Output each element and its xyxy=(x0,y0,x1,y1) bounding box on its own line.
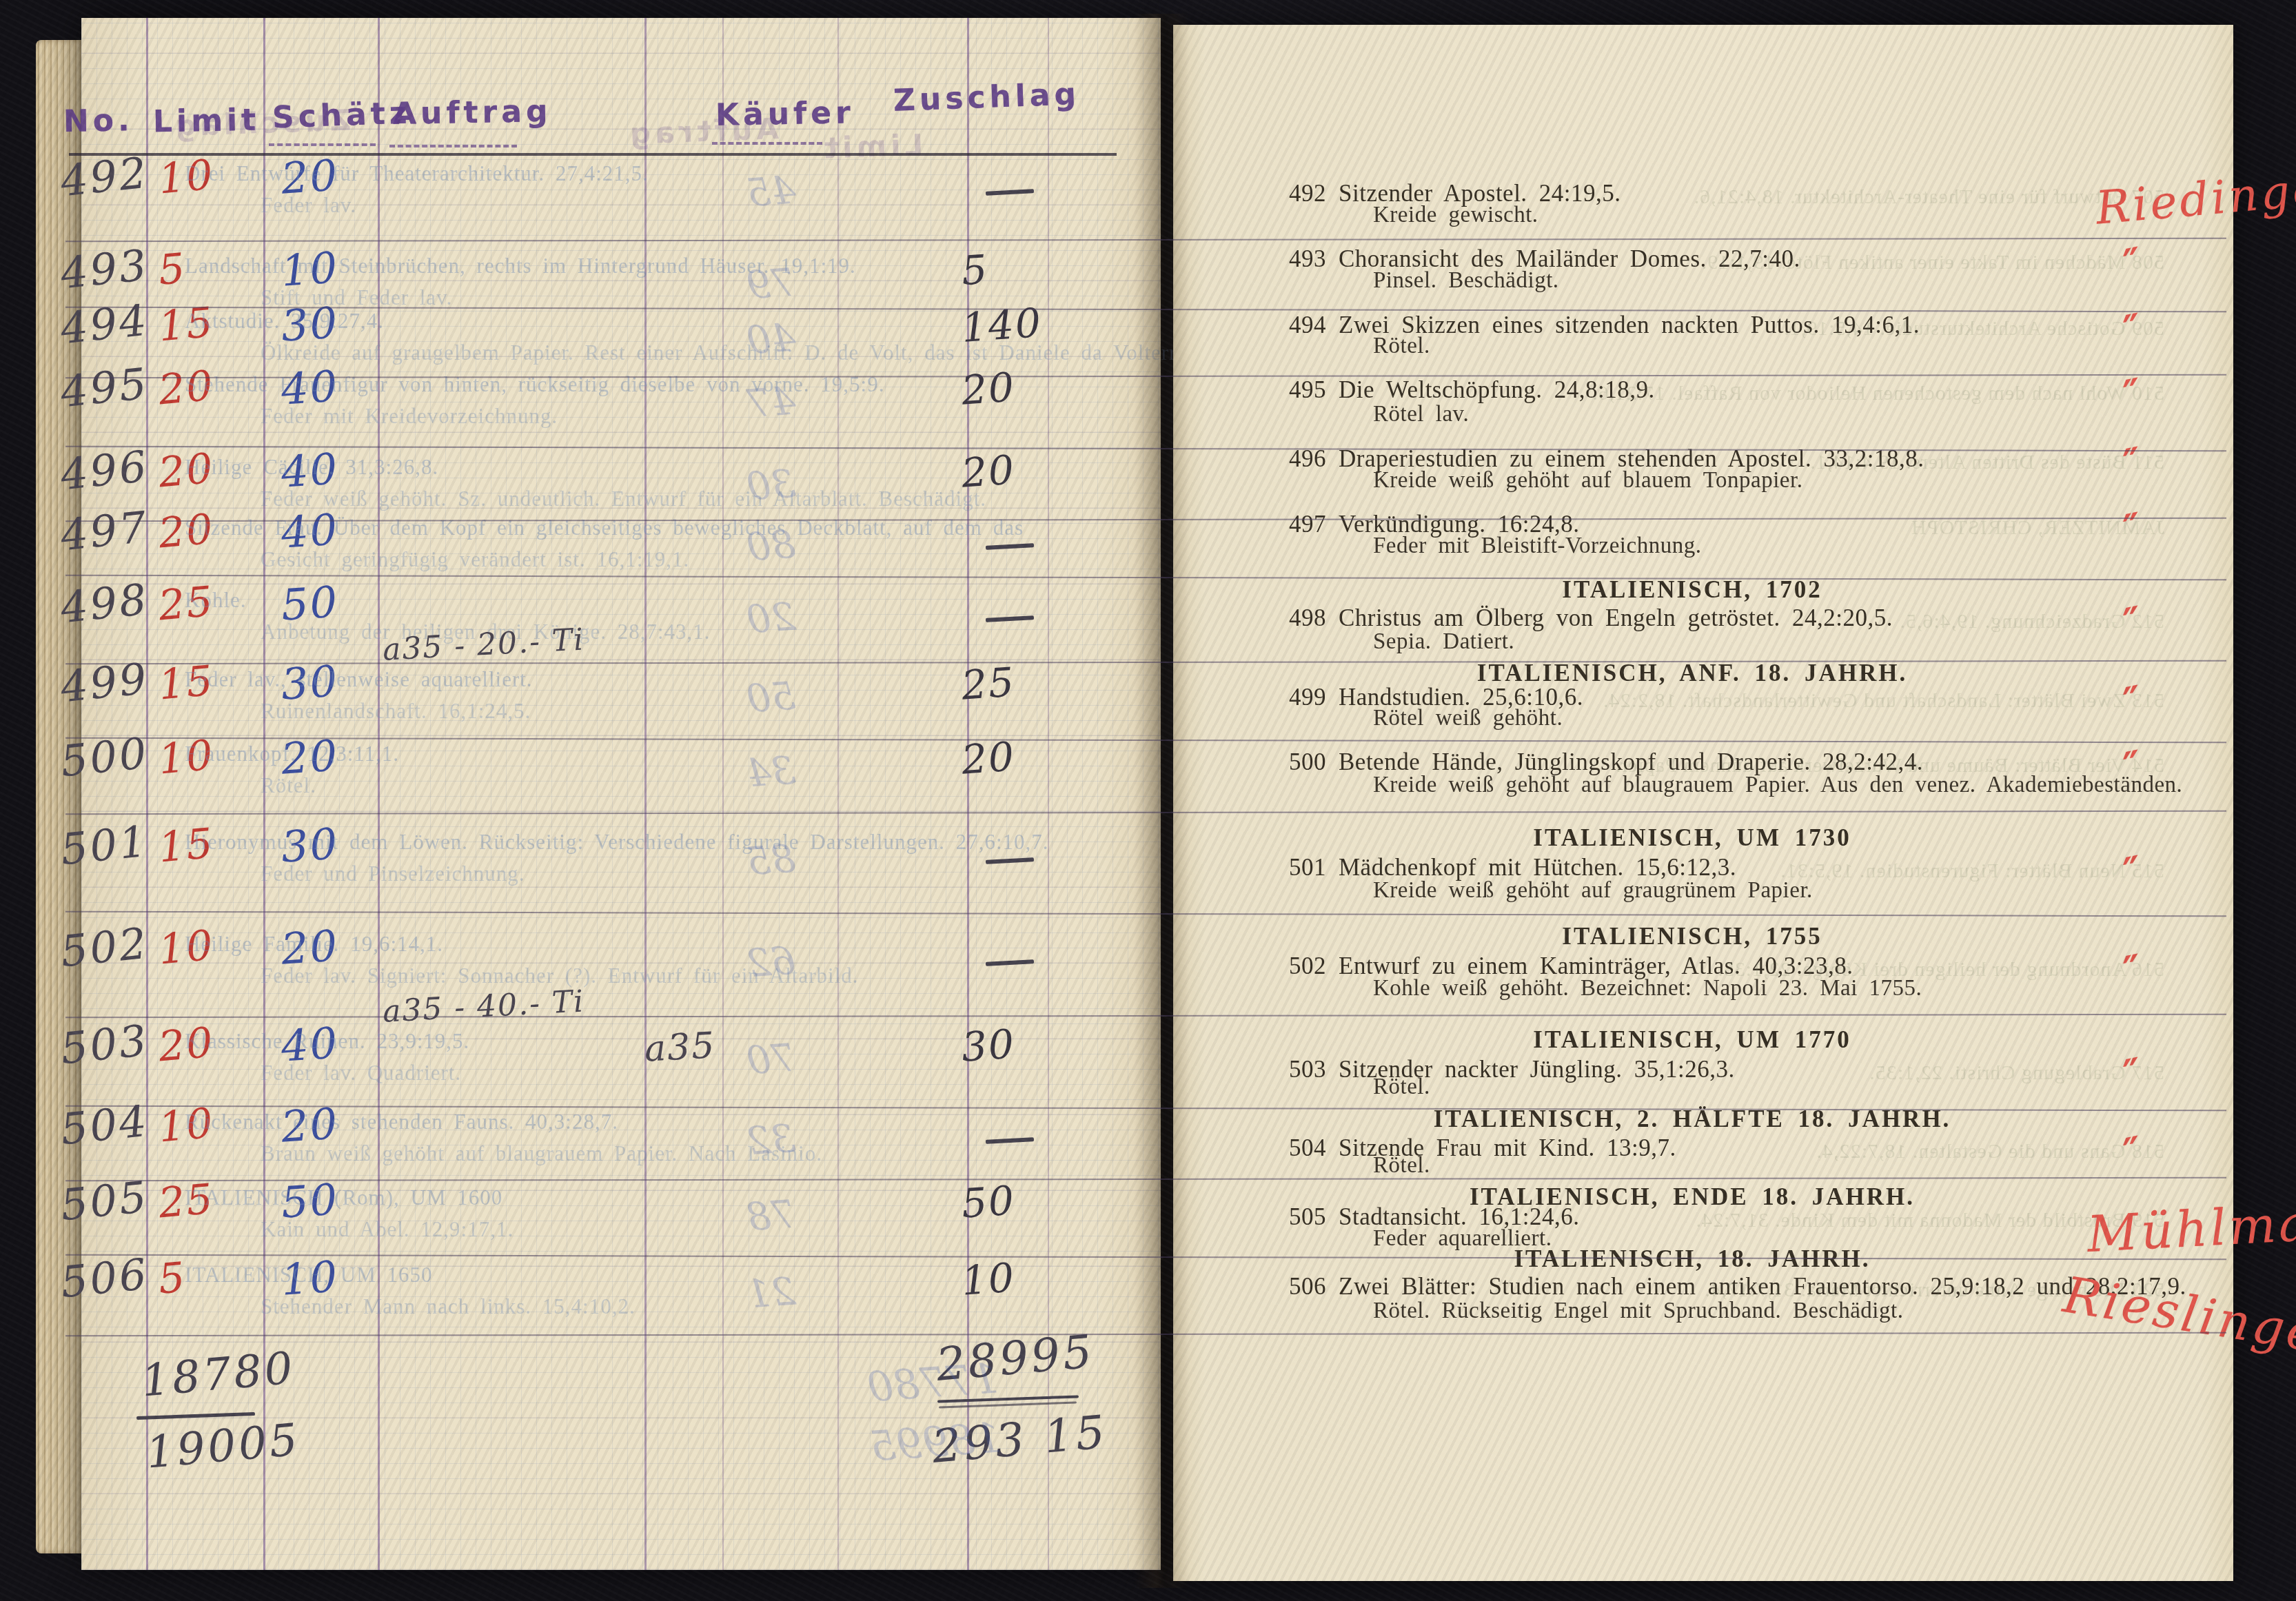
column-header-kufer: Käufer xyxy=(715,95,855,133)
ghost-number: 47 xyxy=(745,379,797,427)
ghost-number: 32 xyxy=(745,1116,797,1165)
ghost-number: 21 xyxy=(745,1269,797,1318)
ledger-lot-number: 495 xyxy=(59,358,151,418)
ghost-mirrored-line: 519 Brustbild der Madonna mit dem Kinde.… xyxy=(1572,1209,2164,1232)
catalog-section-heading: ITALIENISCH, 2. HÄLFTE 18. JAHRH. xyxy=(1289,1105,2095,1133)
ledger-schaetz-value: 10 xyxy=(280,1251,341,1305)
ledger-limit-value: 5 xyxy=(156,1253,188,1303)
ledger-lot-number: 498 xyxy=(59,574,151,633)
column-header-underline xyxy=(389,145,517,147)
ghost-number: 85 xyxy=(745,837,797,885)
ledger-schaetz-value: 20 xyxy=(280,150,341,204)
column-header-zuschlag: Zuschlag xyxy=(893,77,1081,118)
ledger-schaetz-value: 30 xyxy=(280,655,341,710)
ledger-limit-value: 10 xyxy=(156,731,216,784)
ledger-schaetz-value: 10 xyxy=(280,242,341,296)
zuschlag-total: 28995 xyxy=(934,1325,1097,1391)
ghost-print-line: Rückenakt eines stehenden Fauns. 40,3:28… xyxy=(185,1110,618,1134)
ledger-zuschlag-value: 20 xyxy=(960,363,1017,414)
ledger-limit-value: 25 xyxy=(156,1175,216,1228)
ledger-column-rule xyxy=(837,18,839,1570)
ghost-number: 34 xyxy=(745,748,797,797)
buyer-ditto-mark: ″ xyxy=(2120,598,2146,644)
catalog-entry-title: 501 Mädchenkopf mit Hütchen. 15,6:12,3. xyxy=(1289,854,1736,881)
ledger-schaetz-value: 20 xyxy=(280,1098,341,1152)
ledger-column-rule xyxy=(263,18,265,1570)
ledger-column-rule xyxy=(378,18,380,1570)
ledger-zuschlag-value: 25 xyxy=(960,658,1017,708)
ledger-schaetz-value: 20 xyxy=(280,920,341,975)
zuschlag-total-rule2 xyxy=(939,1402,1077,1409)
ghost-print-line: ITALIENISCH (Rom), UM 1600 xyxy=(185,1185,502,1210)
catalog-entry-technique: Rötel lav. xyxy=(1373,402,1469,427)
ledger-column-rule xyxy=(644,18,647,1570)
ledger-lot-number: 496 xyxy=(59,441,151,500)
ghost-print-line: Braun weiß gehöht auf blaugrauem Papier.… xyxy=(261,1141,822,1166)
column-header-no: No. xyxy=(63,103,134,139)
ledger-auftrag-note: a35 - 40.- Ti xyxy=(382,983,586,1029)
ledger-zuschlag-value: 140 xyxy=(960,299,1044,351)
ledger-schaetz-value: 40 xyxy=(280,360,341,415)
catalog-entry-technique: Rötel. xyxy=(1373,334,1430,359)
buyer-ditto-mark: ″ xyxy=(2120,238,2146,285)
catalog-section-heading: ITALIENISCH, 18. JAHRH. xyxy=(1289,1245,2095,1273)
ledger-zuschlag-value: 20 xyxy=(960,733,1017,783)
ledger-schaetz-value: 40 xyxy=(280,443,341,498)
catalog-section-heading: ITALIENISCH, 1755 xyxy=(1289,923,2095,950)
buyer-ditto-mark: ″ xyxy=(2120,847,2146,894)
ledger-limit-value: 5 xyxy=(156,244,188,294)
catalog-entry-title: 500 Betende Hände, Jünglingskopf und Dra… xyxy=(1289,748,1923,776)
ledger-zuschlag-value: 5 xyxy=(960,246,990,295)
ledger-limit-value: 10 xyxy=(156,1099,216,1152)
ghost-print-line: Feder weiß gehöht. Sz. undeutlich. Entwu… xyxy=(261,487,986,511)
book-spread: No.LimitSchätzAuftragKäuferZuschlagZusch… xyxy=(0,0,2296,1601)
ghost-number: 70 xyxy=(745,1036,797,1084)
ghost-number: 78 xyxy=(745,1192,797,1241)
ledger-auftrag-note: a35 - 20.- Ti xyxy=(382,622,586,667)
catalog-section-heading: ITALIENISCH, UM 1770 xyxy=(1289,1026,2095,1054)
limit-total-corrected: 19005 xyxy=(144,1414,302,1478)
catalog-entry-technique: Kohle weiß gehöht. Bezeichnet: Napoli 23… xyxy=(1373,976,1922,1001)
column-header-auftrag: Auftrag xyxy=(393,94,552,132)
ledger-lot-number: 506 xyxy=(59,1249,151,1308)
ledger-lot-number: 501 xyxy=(59,816,151,875)
ghost-number: 79 xyxy=(745,261,797,309)
ghost-number: 40 xyxy=(745,316,797,364)
limit-total-rule xyxy=(136,1412,255,1420)
ghost-print-line: Drei Entwürfe für Theaterarchitektur. 27… xyxy=(185,161,649,186)
limit-total: 18780 xyxy=(139,1343,297,1407)
ledger-lot-number: 494 xyxy=(59,295,151,354)
catalog-entry-technique: Rötel. xyxy=(1373,1153,1430,1179)
catalog-entry-technique: Kreide gewischt. xyxy=(1373,203,1538,228)
column-header-underline xyxy=(712,142,822,145)
ledger-lot-number: 504 xyxy=(59,1096,151,1155)
ledger-limit-value: 20 xyxy=(156,505,216,558)
catalog-entry-technique: Rötel. Rückseitig Engel mit Spruchband. … xyxy=(1373,1298,1903,1324)
ledger-limit-value: 10 xyxy=(156,151,216,204)
catalog-entry-technique: Kreide weiß gehöht auf blauem Tonpapier. xyxy=(1373,468,1802,493)
ghost-number: 20 xyxy=(745,595,797,643)
catalog-entry-title: 498 Christus am Ölberg von Engeln getrös… xyxy=(1289,604,1893,632)
catalog-entry-title: 506 Zwei Blätter: Studien nach einem ant… xyxy=(1289,1273,2186,1301)
ledger-limit-value: 25 xyxy=(156,578,216,631)
column-header-schtz: Schätz xyxy=(272,96,412,136)
catalog-entry-technique: Feder mit Bleistift-Vorzeichnung. xyxy=(1373,533,1701,559)
buyer-ditto-mark: ″ xyxy=(2120,305,2146,351)
ledger-limit-value: 20 xyxy=(156,1019,216,1072)
catalog-entry-technique: Rötel. xyxy=(1373,1074,1430,1100)
ledger-zuschlag-value: 10 xyxy=(960,1254,1017,1304)
buyer-annotation: Riedinger xyxy=(2093,160,2296,234)
catalog-section-heading: ITALIENISCH, 1702 xyxy=(1289,576,2095,604)
ghost-print-line: Feder lav., stellenweise aquarelliert. xyxy=(185,667,533,692)
ghost-number: 45 xyxy=(745,168,797,216)
ledger-lot-number: 505 xyxy=(59,1172,151,1231)
catalog-entry-title: 503 Sitzender nackter Jüngling. 35,1:26,… xyxy=(1289,1056,1735,1083)
ledger-zuschlag-dash xyxy=(986,615,1034,622)
ledger-zuschlag-dash xyxy=(986,1137,1034,1144)
buyer-ditto-mark: ″ xyxy=(2120,677,2146,724)
ghost-number: 80 xyxy=(745,522,797,571)
ghost-print-line: Ölkreide auf graugelbem Papier. Rest ein… xyxy=(261,340,1193,365)
ledger-schaetz-value: 40 xyxy=(280,504,341,558)
catalog-page: 39 492 Sitzender Apostel. 24:19,5.Kreide… xyxy=(1173,25,2233,1581)
ledger-column-rule xyxy=(722,18,724,1570)
zuschlag-total-corrected: 293 15 xyxy=(930,1405,1110,1473)
ledger-schaetz-value: 30 xyxy=(280,297,341,351)
ledger-zuschlag-value: 50 xyxy=(960,1176,1017,1227)
catalog-section-heading: ITALIENISCH, ANF. 18. JAHRH. xyxy=(1289,660,2095,687)
ledger-lot-number: 497 xyxy=(59,502,151,561)
ledger-limit-value: 15 xyxy=(156,657,216,710)
ledger-zuschlag-dash xyxy=(986,959,1034,966)
buyer-ditto-mark: ″ xyxy=(2120,1049,2146,1096)
ghost-number: 62 xyxy=(745,939,797,987)
buyer-ditto-mark: ″ xyxy=(2120,438,2146,485)
buyer-ditto-mark: ″ xyxy=(2120,369,2146,416)
ledger-schaetz-value: 50 xyxy=(280,1174,341,1228)
catalog-entry-technique: Rötel weiß gehöht. xyxy=(1373,706,1563,731)
ledger-schaetz-value: 40 xyxy=(280,1017,341,1072)
catalog-entry-technique: Kreide weiß gehöht auf graugrünem Papier… xyxy=(1373,878,1813,904)
ledger-kaeufer-note: a35 xyxy=(644,1025,717,1070)
ledger-zuschlag-dash xyxy=(986,543,1034,550)
ledger-zuschlag-value: 30 xyxy=(960,1020,1017,1070)
catalog-entry-technique: Sepia. Datiert. xyxy=(1373,629,1514,655)
ledger-limit-value: 15 xyxy=(156,298,216,351)
ledger-limit-value: 10 xyxy=(156,921,216,975)
column-header-underline xyxy=(269,143,376,146)
ledger-zuschlag-value: 20 xyxy=(960,446,1017,496)
ledger-lot-number: 499 xyxy=(59,653,151,713)
catalog-entry-title: 495 Die Weltschöpfung. 24,8:18,9. xyxy=(1289,376,1655,404)
buyer-annotation: Mühlmann xyxy=(2086,1190,2296,1263)
ledger-lot-number: 502 xyxy=(59,918,151,977)
ledger-schaetz-value: 50 xyxy=(280,576,341,631)
ledger-schaetz-value: 20 xyxy=(280,730,341,784)
ledger-limit-value: 20 xyxy=(156,362,216,415)
ledger-limit-value: 15 xyxy=(156,819,216,873)
buyer-ditto-mark: ″ xyxy=(2120,1128,2146,1174)
ledger-zuschlag-dash xyxy=(986,857,1034,864)
buyer-ditto-mark: ″ xyxy=(2120,946,2146,992)
ledger-page: No.LimitSchätzAuftragKäuferZuschlagZusch… xyxy=(81,18,1161,1570)
ghost-number: 30 xyxy=(745,462,797,510)
ghost-stamp: Limit xyxy=(820,128,924,165)
catalog-section-heading: ITALIENISCH, UM 1730 xyxy=(1289,824,2095,852)
ledger-lot-number: 503 xyxy=(59,1015,151,1074)
buyer-ditto-mark: ″ xyxy=(2120,504,2146,551)
catalog-entry-technique: Pinsel. Beschädigt. xyxy=(1373,268,1559,294)
ledger-limit-value: 20 xyxy=(156,445,216,498)
ghost-mirrored-line: 507 Entwurf für eine Theater-Architektur… xyxy=(1572,185,2164,209)
ghost-number: 50 xyxy=(745,674,797,722)
ledger-zuschlag-dash xyxy=(986,189,1034,196)
catalog-entry-technique: Kreide weiß gehöht auf blaugrauem Papier… xyxy=(1373,773,2182,798)
ledger-lot-number: 500 xyxy=(59,728,151,787)
ledger-lot-number: 493 xyxy=(59,240,151,299)
column-header-limit: Limit xyxy=(153,103,261,140)
ledger-schaetz-value: 30 xyxy=(280,818,341,873)
catalog-entry-title: 504 Sitzende Frau mit Kind. 13:9,7. xyxy=(1289,1134,1676,1162)
ghost-mirrored-line: 513 Zwei Blätter: Landschaft und Gewitte… xyxy=(1572,689,2164,713)
ledger-lot-number: 492 xyxy=(59,147,151,207)
ghost-mirrored-line: 510 Wohl nach dem gestochenen Heliodor v… xyxy=(1572,382,2164,405)
